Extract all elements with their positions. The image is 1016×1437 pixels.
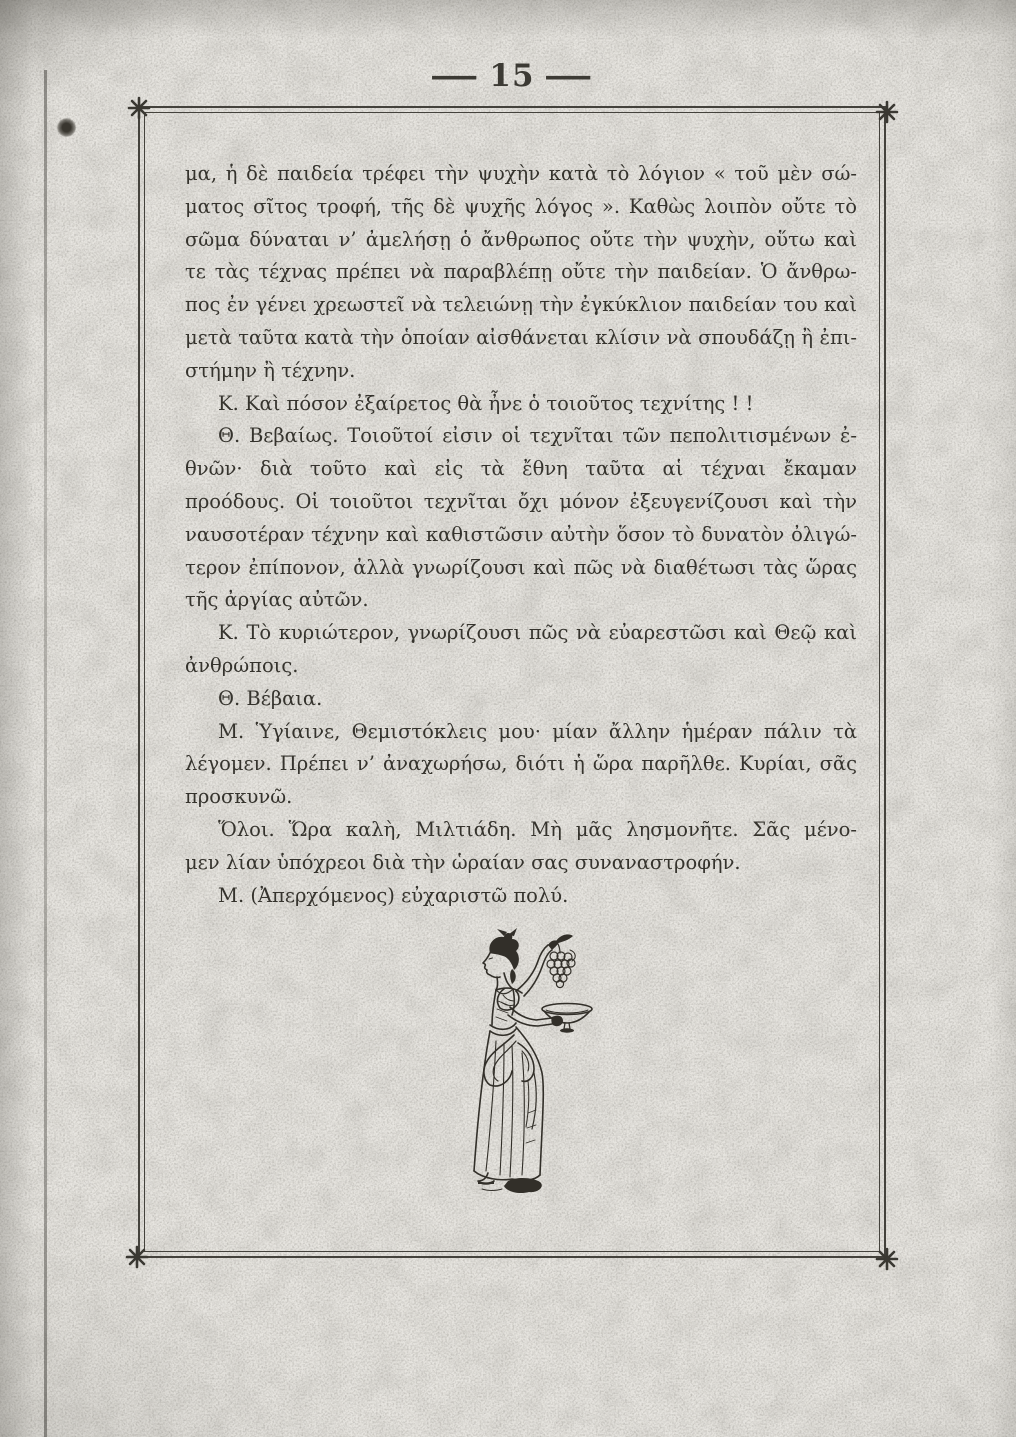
text-line: θνῶν· διὰ τοῦτο καὶ εἰς τὰ ἔθνη ταῦτα αἱ… [185, 453, 857, 486]
text-line: προσκυνῶ. [185, 781, 857, 814]
text-line: Μ. (Ἀπερχόμενος) εὐχαριστῶ πολύ. [185, 880, 857, 913]
scanned-page: —15— μα, ἡ δὲ παιδεία τρέφει τὴν ψυχὴν κ… [0, 0, 1016, 1437]
text-line: Θ. Βέβαια. [185, 683, 857, 716]
text-line: Μ. Ὑγίαινε, Θεμιστόκλεις μου· μίαν ἄλλην… [185, 716, 857, 749]
corner-asterisk-icon [874, 99, 900, 125]
text-line: Θ. Βεβαίως. Τοιοῦτοί εἰσιν οἱ τεχνῖται τ… [185, 420, 857, 453]
corner-asterisk-icon [126, 95, 152, 121]
page-number-header: —15— [138, 58, 886, 94]
page-number: 15 [489, 58, 534, 94]
text-line: ματος σῖτος τροφή, τῆς δὲ ψυχῆς λόγος ».… [185, 191, 857, 224]
text-line: μα, ἡ δὲ παιδεία τρέφει τὴν ψυχὴν κατὰ τ… [185, 158, 857, 191]
corner-asterisk-icon [124, 1244, 150, 1270]
text-line: στήμην ἢ τέχνην. [185, 355, 857, 388]
text-line: τε τὰς τέχνας πρέπει νὰ παραβλέπῃ οὔτε τ… [185, 256, 857, 289]
text-line: πος ἐν γένει χρεωστεῖ νὰ τελειώνῃ τὴν ἐγ… [185, 289, 857, 322]
body-text: μα, ἡ δὲ παιδεία τρέφει τὴν ψυχὴν κατὰ τ… [185, 158, 857, 912]
page-edge-shadow [44, 70, 47, 1437]
text-line: προόδους. Οἱ τοιοῦτοι τεχνῖται ὄχι μόνον… [185, 486, 857, 519]
text-line: ἀνθρώποις. [185, 650, 857, 683]
header-dash: — [430, 58, 481, 94]
text-line: Κ. Τὸ κυριώτερον, γνωρίζουσι πῶς νὰ εὐαρ… [185, 617, 857, 650]
text-line: μεν λίαν ὑπόχρεοι διὰ τὴν ὡραίαν σας συν… [185, 847, 857, 880]
illustration-woman-grapes-icon [448, 923, 593, 1203]
text-line: ναυσοτέραν τέχνην καὶ καθιστῶσιν αὐτὴν ὅ… [185, 519, 857, 552]
text-line: Κ. Καὶ πόσον ἐξαίρετος θὰ ἦνε ὁ τοιοῦτος… [185, 388, 857, 421]
text-line: τερον ἐπίπονον, ἀλλὰ γνωρίζουσι καὶ πῶς … [185, 552, 857, 585]
corner-asterisk-icon [874, 1246, 900, 1272]
ink-stain [57, 118, 76, 137]
text-line: Ὅλοι. Ὥρα καλὴ, Μιλτιάδη. Μὴ μᾶς λησμονῆ… [185, 814, 857, 847]
text-line: μετὰ ταῦτα κατὰ τὴν ὁποίαν αἰσθάνεται κλ… [185, 322, 857, 355]
text-line: σῶμα δύναται ν’ ἀμελήσῃ ὁ ἄνθρωπος οὔτε … [185, 224, 857, 257]
header-dash: — [543, 58, 594, 94]
text-line: λέγομεν. Πρέπει ν’ ἀναχωρήσω, διότι ἡ ὥρ… [185, 748, 857, 781]
text-line: τῆς ἀργίας αὐτῶν. [185, 584, 857, 617]
